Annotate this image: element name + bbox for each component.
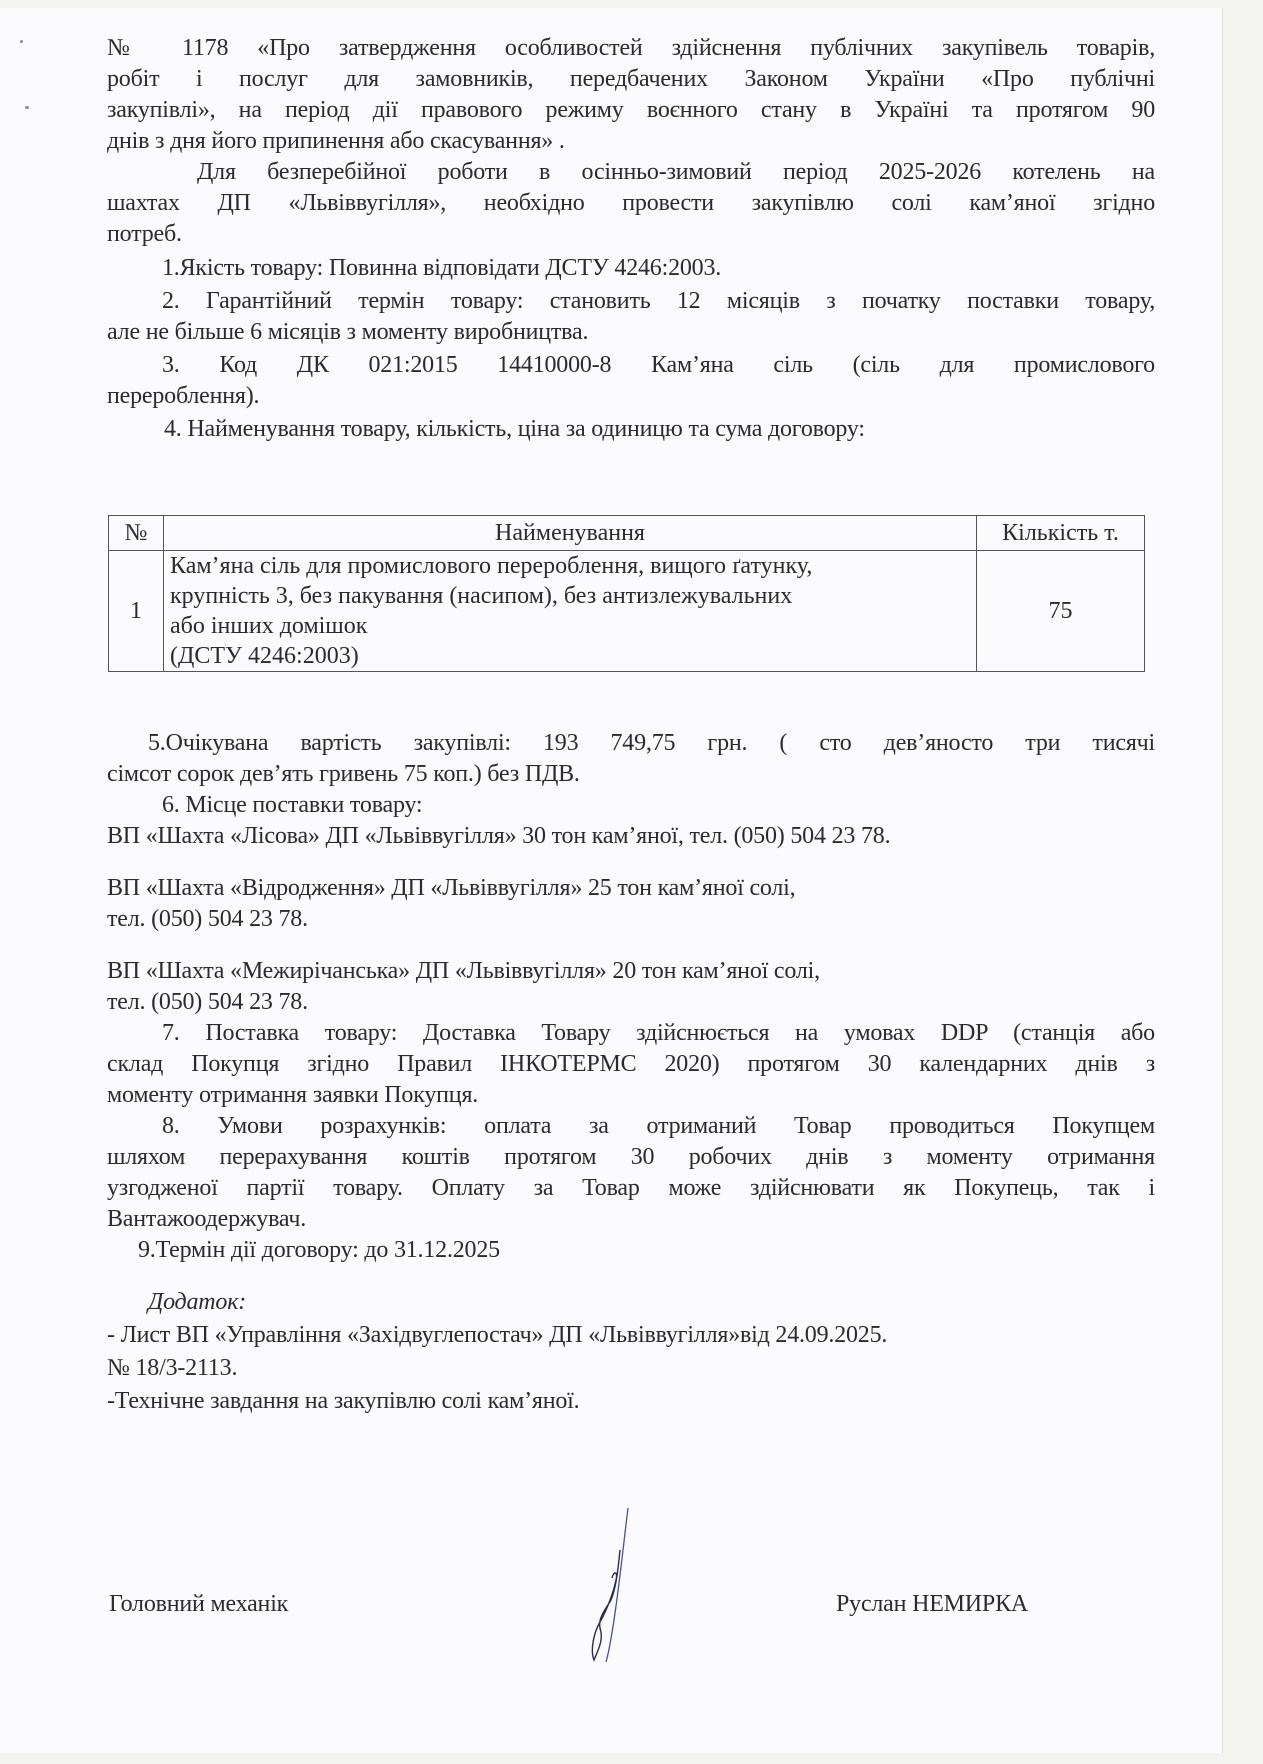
header-quantity: Кількість т.: [977, 516, 1145, 551]
table-header-row: № Найменування Кількість т.: [109, 516, 1145, 551]
handwritten-signature-icon: [578, 1500, 638, 1670]
purpose-line: Для безперебійної роботи в осінньо-зимов…: [197, 157, 1155, 188]
item-warranty-cont: але не більше 6 місяців з моменту виробн…: [107, 317, 1155, 348]
delivery-place-lisova: ВП «Шахта «Лісова» ДП «Львіввугілля» 30 …: [107, 821, 1155, 852]
header-number: №: [109, 516, 164, 551]
item-delivery-cont: моменту отримання заявки Покупця.: [107, 1080, 1155, 1111]
item-payment: 8. Умови розрахунків: оплата за отримани…: [162, 1111, 1155, 1142]
signatory-name: Руслан НЕМИРКА: [836, 1589, 1028, 1620]
item-warranty: 2. Гарантійний термін товару: становить …: [162, 286, 1155, 317]
item-payment-cont: шляхом перерахування коштів протягом 30 …: [107, 1142, 1155, 1173]
scan-speck: [20, 40, 23, 43]
row-quantity: 75: [977, 551, 1145, 672]
row-name-line: або інших домішок: [170, 611, 970, 641]
item-place: 6. Місце поставки товару:: [162, 790, 1210, 821]
item-delivery: 7. Поставка товару: Доставка Товару здій…: [162, 1018, 1155, 1049]
attachments-heading: Додаток:: [148, 1287, 1196, 1318]
intro-line: робіт і послуг для замовників, передбаче…: [107, 64, 1155, 95]
table-row: 1 Кам’яна сіль для промислового переробл…: [109, 551, 1145, 672]
intro-line: днів з дня його припинення або скасуванн…: [107, 126, 1155, 157]
purpose-line: шахтах ДП «Львіввугілля», необхідно пров…: [107, 188, 1155, 219]
row-name: Кам’яна сіль для промислового перероблен…: [164, 551, 977, 672]
item-quality: 1.Якість товару: Повинна відповідати ДСТ…: [162, 253, 1210, 284]
delivery-place-vidrodzhennia: ВП «Шахта «Відродження» ДП «Львіввугілля…: [107, 873, 1155, 904]
attachment-item: -Технічне завдання на закупівлю солі кам…: [107, 1386, 1155, 1417]
attachment-item: - Лист ВП «Управління «Західвуглепостач»…: [107, 1320, 1155, 1351]
item-cost-cont: сімсот сорок дев’ять гривень 75 коп.) бе…: [107, 759, 1155, 790]
row-name-line: крупність 3, без пакування (насипом), бе…: [170, 581, 970, 611]
row-name-line: (ДСТУ 4246:2003): [170, 641, 970, 671]
delivery-place-mezhyrichanska-phone: тел. (050) 504 23 78.: [107, 987, 1155, 1018]
intro-line: № 1178 «Про затвердження особливостей зд…: [107, 33, 1155, 64]
item-delivery-cont: склад Покупця згідно Правил ІНКОТЕРМС 20…: [107, 1049, 1155, 1080]
header-name: Найменування: [164, 516, 977, 551]
item-term: 9.Термін дії договору: до 31.12.2025: [138, 1235, 1186, 1266]
item-table-intro: 4. Найменування товару, кількість, ціна …: [164, 414, 1212, 445]
intro-line: закупівлі», на період дії правового режи…: [107, 95, 1155, 126]
signatory-position: Головний механік: [109, 1589, 288, 1620]
item-payment-cont: узгодженої партії товару. Оплату за Това…: [107, 1173, 1155, 1204]
row-name-line: Кам’яна сіль для промислового перероблен…: [170, 551, 970, 581]
item-code: 3. Код ДК 021:2015 14410000-8 Кам’яна сі…: [162, 350, 1155, 381]
goods-table: № Найменування Кількість т. 1 Кам’яна сі…: [108, 515, 1145, 672]
item-payment-cont: Вантажоодержувач.: [107, 1204, 1155, 1235]
attachment-item: № 18/3-2113.: [107, 1353, 1155, 1384]
item-code-cont: перероблення).: [107, 381, 1155, 412]
row-number: 1: [109, 551, 164, 672]
purpose-line: потреб.: [107, 219, 1155, 250]
delivery-place-mezhyrichanska: ВП «Шахта «Межирічанська» ДП «Львіввугіл…: [107, 956, 1155, 987]
scan-speck: [25, 106, 29, 109]
item-cost: 5.Очікувана вартість закупівлі: 193 749,…: [148, 728, 1155, 759]
delivery-place-vidrodzhennia-phone: тел. (050) 504 23 78.: [107, 904, 1155, 935]
